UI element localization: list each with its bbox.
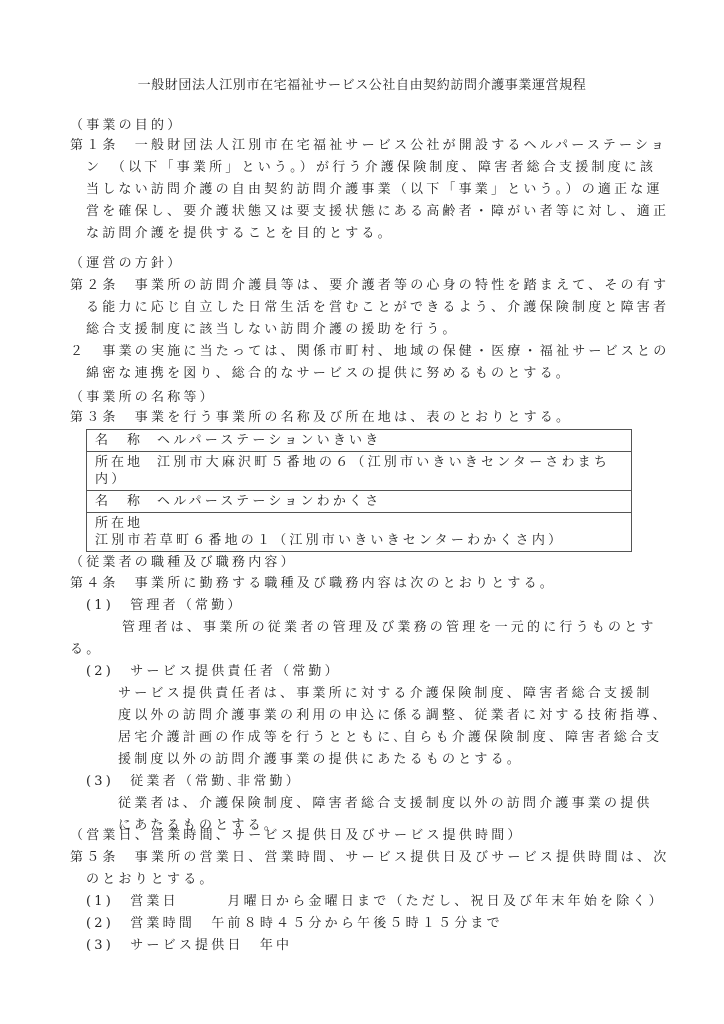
- table-cell: 所在地江別市大麻沢町５番地の６（江別市いきいきセンターさわまち内）: [87, 452, 632, 491]
- article-4-line: 第４条 事業所に勤務する職種及び職務内容は次のとおりとする。: [70, 576, 556, 592]
- article-1-line: 当しない訪問介護の自由契約訪問介護事業（以下「事業」という。）の適正な運: [86, 182, 663, 198]
- article-3-line: 第３条 事業を行う事業所の名称及び所在地は、表のとおりとする。: [70, 410, 572, 426]
- office-name-label: 名 称: [95, 493, 147, 510]
- article-5-line: 第５条 事業所の営業日、営業時間、サービス提供日及びサービス提供時間は、次: [70, 850, 669, 866]
- office-address-label: 所在地: [95, 515, 147, 532]
- table-row: 所在地江別市大麻沢町５番地の６（江別市いきいきセンターさわまち内）: [87, 452, 632, 491]
- article-5-item: (2) 営業時間 午前８時４５分から午後５時１５分まで: [86, 916, 503, 932]
- article-4-line: サービス提供責任者は、事業所に対する介護保険制度、障害者総合支援制: [118, 686, 653, 702]
- article-1-line: 第１条 一般財団法人江別市在宅福祉サービス公社が開設するヘルパーステーショ: [70, 138, 667, 154]
- article-4-item: (2) サービス提供責任者（常勤）: [86, 664, 341, 680]
- article-4-line: る。: [70, 642, 102, 658]
- table-cell: 所在地江別市若草町６番地の１（江別市いきいきセンターわかくさ内）: [87, 513, 632, 552]
- office-table: 名 称ヘルパーステーションいきいき 所在地江別市大麻沢町５番地の６（江別市いきい…: [86, 429, 632, 552]
- article-4-line: 居宅介護計画の作成等を行うとともに､自らも介護保険制度、障害者総合支: [118, 730, 662, 746]
- table-row: 所在地江別市若草町６番地の１（江別市いきいきセンターわかくさ内）: [87, 513, 632, 552]
- office-name-label: 名 称: [95, 432, 147, 449]
- table-cell: 名 称ヘルパーステーションわかくさ: [87, 491, 632, 513]
- office-address-value-cont: 内）: [95, 472, 127, 487]
- article-4-line: 援制度以外の訪問介護事業の提供にあたるものとする。: [118, 752, 523, 768]
- article-1-line: な訪問介護を提供することを目的とする。: [86, 226, 394, 242]
- office-name-value: ヘルパーステーションわかくさ: [157, 494, 381, 509]
- article-2-line: 綿密な連携を図り、総合的なサービスの提供に努めるものとする。: [86, 366, 572, 382]
- article-4-line: 度以外の訪問介護事業の利用の申込に係る調整、従業者に対する技術指導、: [118, 708, 669, 724]
- article-2-line: る能力に応じ自立した日常生活を営むことができるよう、介護保険制度と障害者: [86, 300, 669, 316]
- article-5-item: (3) サービス提供日 年中: [86, 938, 292, 954]
- article-3-heading: （事業所の名称等）: [70, 390, 216, 406]
- article-2-heading: （運営の方針）: [70, 256, 183, 272]
- office-address-value: 江別市若草町６番地の１（江別市いきいきセンターわかくさ内）: [95, 533, 564, 548]
- office-name-value: ヘルパーステーションいきいき: [157, 433, 381, 448]
- article-4-heading: （従業者の職種及び職務内容）: [70, 555, 297, 571]
- article-2-line: 第２条 事業所の訪問介護員等は、要介護者等の心身の特性を踏まえて、その有す: [70, 278, 669, 294]
- article-1-line: 営を確保し、要介護状態又は要支援状態にある高齢者・障がい者等に対し、適正: [86, 204, 669, 220]
- article-5-item: (1) 営業日 月曜日から金曜日まで（ただし、祝日及び年末年始を除く）: [86, 894, 665, 910]
- article-2-line: 総合支援制度に該当しない訪問介護の援助を行う。: [86, 322, 459, 338]
- article-4-item: (1) 管理者（常勤）: [86, 598, 244, 614]
- article-2-line: ２ 事業の実施に当たっては、関係市町村、地域の保健・医療・福祉サービスとの: [70, 344, 669, 360]
- table-cell: 名 称ヘルパーステーションいきいき: [87, 430, 632, 452]
- office-address-label: 所在地: [95, 454, 147, 471]
- table-row: 名 称ヘルパーステーションわかくさ: [87, 491, 632, 513]
- article-4-item: (3) 従業者（常勤､非常勤）: [86, 774, 302, 790]
- article-5-heading: （営業日、営業時間、サービス提供日及びサービス提供時間）: [70, 828, 524, 844]
- article-4-line: 管理者は、事業所の従業者の管理及び業務の管理を一元的に行うものとす: [122, 620, 657, 636]
- article-5-line: のとおりとする。: [86, 872, 216, 888]
- table-row: 名 称ヘルパーステーションいきいき: [87, 430, 632, 452]
- article-1-line: ン （以下「事業所」という。）が行う介護保険制度、障害者総合支援制度に該: [86, 160, 656, 176]
- document-title: 一般財団法人江別市在宅福祉サービス公社自由契約訪問介護事業運営規程: [0, 74, 724, 93]
- article-4-line: 従業者は、介護保険制度、障害者総合支援制度以外の訪問介護事業の提供: [118, 796, 653, 812]
- article-1-heading: （事業の目的）: [70, 118, 183, 134]
- office-address-value: 江別市大麻沢町５番地の６（江別市いきいきセンターさわまち: [157, 455, 610, 470]
